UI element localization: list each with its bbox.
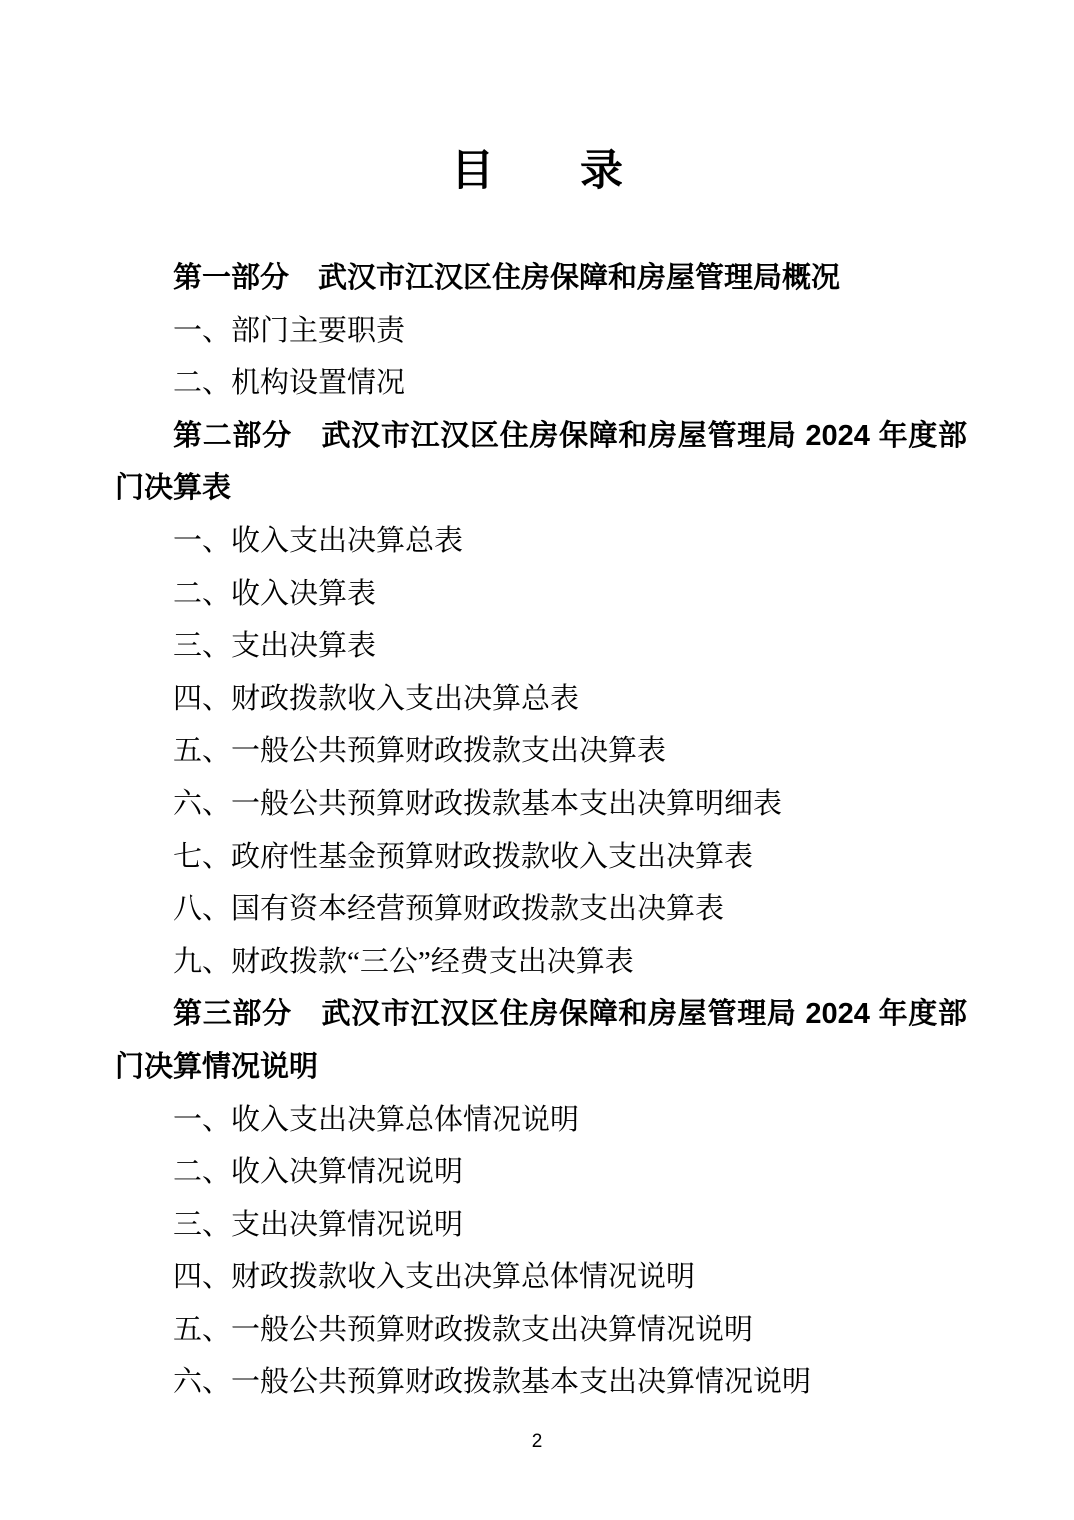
toc-item: 七、政府性基金预算财政拨款收入支出决算表 bbox=[115, 831, 967, 884]
page-number: 2 bbox=[0, 1430, 1074, 1454]
toc-item: 二、机构设置情况 bbox=[115, 357, 967, 410]
toc-item: 二、收入决算表 bbox=[115, 568, 967, 621]
toc-item: 三、支出决算情况说明 bbox=[115, 1199, 967, 1252]
toc-item: 六、一般公共预算财政拨款基本支出决算明细表 bbox=[115, 778, 967, 831]
toc-part-3-heading: 第三部分 武汉市江汉区住房保障和房屋管理局 2024 年度部门决算情况说明 bbox=[115, 988, 967, 1093]
toc-part-1-heading: 第一部分 武汉市江汉区住房保障和房屋管理局概况 bbox=[115, 252, 967, 305]
toc-item: 四、财政拨款收入支出决算总体情况说明 bbox=[115, 1251, 967, 1304]
toc-item: 八、国有资本经营预算财政拨款支出决算表 bbox=[115, 883, 967, 936]
table-of-contents: 第一部分 武汉市江汉区住房保障和房屋管理局概况 一、部门主要职责 二、机构设置情… bbox=[115, 252, 967, 1409]
page-title: 目 录 bbox=[0, 142, 1074, 200]
toc-item: 一、部门主要职责 bbox=[115, 305, 967, 358]
toc-item: 九、财政拨款“三公”经费支出决算表 bbox=[115, 936, 967, 989]
toc-item: 五、一般公共预算财政拨款支出决算情况说明 bbox=[115, 1304, 967, 1357]
document-page: 目 录 第一部分 武汉市江汉区住房保障和房屋管理局概况 一、部门主要职责 二、机… bbox=[0, 0, 1074, 1520]
toc-item: 一、收入支出决算总体情况说明 bbox=[115, 1094, 967, 1147]
toc-part-2-heading: 第二部分 武汉市江汉区住房保障和房屋管理局 2024 年度部门决算表 bbox=[115, 410, 967, 515]
toc-item: 二、收入决算情况说明 bbox=[115, 1146, 967, 1199]
toc-item: 四、财政拨款收入支出决算总表 bbox=[115, 673, 967, 726]
toc-item: 一、收入支出决算总表 bbox=[115, 515, 967, 568]
toc-item: 三、支出决算表 bbox=[115, 620, 967, 673]
toc-item: 六、一般公共预算财政拨款基本支出决算情况说明 bbox=[115, 1356, 967, 1409]
toc-item: 五、一般公共预算财政拨款支出决算表 bbox=[115, 725, 967, 778]
